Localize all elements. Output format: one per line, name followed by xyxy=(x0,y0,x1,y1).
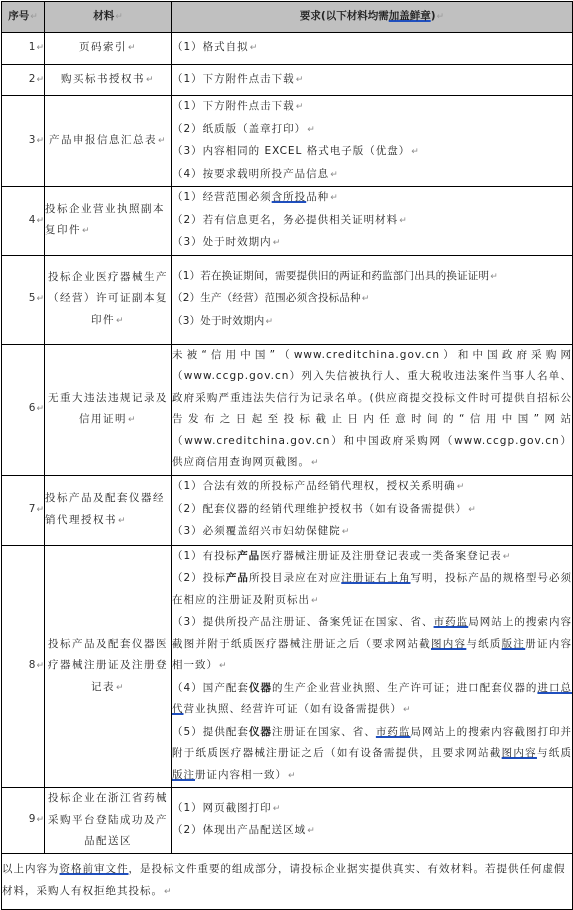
material-label: 投标企业在浙江省药械采购平台登陆成功及产品配送区 xyxy=(48,792,168,847)
paragraph-mark-icon: ↵ xyxy=(36,75,44,85)
table-row: 9↵ 投标企业在浙江省药械采购平台登陆成功及产品配送区 （1）网页截图打印↵ （… xyxy=(2,788,573,854)
paragraph-mark-icon: ↵ xyxy=(116,683,125,693)
table-row: 4↵ 投标企业营业执照副本复印件↵ （1）经营范围必须含所投品种↵ （2）若有信… xyxy=(2,187,573,256)
requirement-underlined-text: 版注 xyxy=(172,769,195,781)
requirement-bold-text: 仪器 xyxy=(249,726,272,738)
requirement-item: （3）处于时效期内↵ xyxy=(172,232,572,255)
requirement-underlined-text: 注册证右上角 xyxy=(341,572,410,584)
footer-text: 以上内容为 xyxy=(2,863,60,875)
header-material: 材料↵ xyxy=(45,2,172,33)
footer-underlined-text: 资格前审文件 xyxy=(60,863,129,875)
row-number: 2↵ xyxy=(2,65,45,96)
paragraph-mark-icon: ↵ xyxy=(36,815,44,825)
requirement-item: （2）体现出产品配送区域↵ xyxy=(172,820,572,843)
requirement-text: （1）网页截图打印 xyxy=(172,802,272,814)
requirement-underlined-text: 含所投 xyxy=(272,191,307,203)
paragraph-mark-icon: ↵ xyxy=(36,43,44,53)
requirement-text: （2）体现出产品配送区域 xyxy=(172,824,306,836)
row-number: 5↵ xyxy=(2,255,45,344)
material-cell: 投标企业营业执照副本复印件↵ xyxy=(45,187,172,256)
header-requirement-suffix: ) xyxy=(431,10,436,22)
paragraph-mark-icon: ↵ xyxy=(307,826,316,836)
paragraph-mark-icon: ↵ xyxy=(342,527,351,537)
paragraph-mark-icon: ↵ xyxy=(36,294,44,304)
requirement-item: （2）生产（经营）范围必须含投标品种↵ xyxy=(172,288,572,311)
material-cell: 投标企业医疗器械生产（经营）许可证副本复印件↵ xyxy=(45,255,172,344)
requirement-text: （3）必须覆盖绍兴市妇幼保健院 xyxy=(172,525,341,537)
paragraph-mark-icon: ↵ xyxy=(399,216,408,226)
paragraph-mark-icon: ↵ xyxy=(146,75,155,85)
requirement-item: （1）经营范围必须含所投品种↵ xyxy=(172,187,572,210)
paragraph-mark-icon: ↵ xyxy=(36,661,44,671)
header-material-label: 材料 xyxy=(93,10,114,22)
requirement-item: （1）若在换证期间，需要提供旧的两证和药监部门出具的换证证明↵ xyxy=(172,266,572,289)
table-row: 2↵ 购买标书授权书↵ （1）下方附件点击下载↵ xyxy=(2,65,573,96)
material-label: 购买标书授权书 xyxy=(61,73,145,85)
material-cell: 投标产品及配套仪器医疗器械注册证及注册登记表↵ xyxy=(45,545,172,788)
material-cell: 购买标书授权书↵ xyxy=(45,65,172,96)
paragraph-mark-icon: ↵ xyxy=(250,43,259,53)
requirement-cell: （1）网页截图打印↵ （2）体现出产品配送区域↵ xyxy=(172,788,573,854)
requirement-text: （1）经营范围必须 xyxy=(172,191,272,203)
requirement-cell: 未被“信用中国”（www.creditchina.gov.cn）和中国政府采购网… xyxy=(172,344,573,475)
paragraph-mark-icon: ↵ xyxy=(362,294,370,304)
header-row: 序号↵ 材料↵ 要求(以下材料均需加盖鲜章)↵ xyxy=(2,2,573,33)
requirement-item: （1）合法有效的所投标产品经销代理权，授权关系明确↵ xyxy=(172,476,572,499)
requirement-item: （2）投标产品所投目录应在对应注册证右上角写明，投标产品的规格型号必须在相应的注… xyxy=(172,568,572,612)
paragraph-mark-icon: ↵ xyxy=(36,404,44,414)
paragraph-mark-icon: ↵ xyxy=(158,136,167,146)
row-number: 4↵ xyxy=(2,187,45,256)
requirement-text: 医疗器械注册证及注册登记表或一类备案登记表 xyxy=(260,550,502,562)
row-number-value: 1 xyxy=(29,41,36,53)
row-number: 3↵ xyxy=(2,96,45,187)
requirement-text: （1）有投标 xyxy=(172,550,237,562)
material-label: 投标企业营业执照副本复印件 xyxy=(45,203,165,237)
table-row: 1↵ 页码索引↵ （1）格式自拟↵ xyxy=(2,33,573,65)
requirement-item: （1）格式自拟↵ xyxy=(172,37,572,60)
requirement-text: （4）按要求载明所投产品信息 xyxy=(172,168,329,180)
material-cell: 无重大违法违规记录及信用证明↵ xyxy=(45,344,172,475)
paragraph-mark-icon: ↵ xyxy=(288,771,297,781)
requirement-text: （1）格式自拟 xyxy=(172,41,249,53)
material-cell: 投标产品及配套仪器经销代理授权书↵ xyxy=(45,475,172,545)
paragraph-mark-icon: ↵ xyxy=(118,516,127,526)
requirement-item: （1）下方附件点击下载↵ xyxy=(172,96,572,119)
paragraph-mark-icon: ↵ xyxy=(468,505,477,515)
requirement-text: （5）提供配套 xyxy=(172,726,249,738)
requirement-text: 品种 xyxy=(306,191,329,203)
header-no-label: 序号 xyxy=(8,10,29,22)
requirement-text: （2）投标 xyxy=(172,572,226,584)
material-label: 产品申报信息汇总表 xyxy=(49,134,157,146)
row-number: 8↵ xyxy=(2,545,45,788)
row-number-value: 8 xyxy=(29,659,36,671)
row-number: 1↵ xyxy=(2,33,45,65)
requirement-text: （3）内容相同的 EXCEL 格式电子版（优盘） xyxy=(172,145,410,157)
paragraph-mark-icon: ↵ xyxy=(128,43,137,53)
requirement-text: 注册证在国家、省、 xyxy=(272,726,376,738)
requirement-item: （5）提供配套仪器注册证在国家、省、市药监局网站上的搜索内容截图打印并附于纸质医… xyxy=(172,722,572,788)
material-label: 投标企业医疗器械生产（经营）许可证副本复印件 xyxy=(48,271,168,326)
paragraph-mark-icon: ↵ xyxy=(219,661,228,671)
requirement-text: （2）纸质版（盖章打印） xyxy=(172,123,306,135)
row-number: 6↵ xyxy=(2,344,45,475)
requirement-text: （1）下方附件点击下载 xyxy=(172,73,295,85)
table-row: 6↵ 无重大违法违规记录及信用证明↵ 未被“信用中国”（www.creditch… xyxy=(2,344,573,475)
requirement-item: （2）若有信息更名，务必提供相关证明材料↵ xyxy=(172,210,572,233)
paragraph-mark-icon: ↵ xyxy=(30,12,38,22)
table-row: 8↵ 投标产品及配套仪器医疗器械注册证及注册登记表↵ （1）有投标产品医疗器械注… xyxy=(2,545,573,788)
requirement-text: 营业执照、经营许可证（如有设备需提供） xyxy=(184,703,403,715)
row-number-value: 4 xyxy=(29,214,36,226)
row-number-value: 7 xyxy=(29,503,36,515)
paragraph-mark-icon: ↵ xyxy=(116,316,125,326)
row-number: 7↵ xyxy=(2,475,45,545)
requirement-cell: （1）下方附件点击下载↵ xyxy=(172,65,573,96)
requirement-text: （3）处于时效期内 xyxy=(172,236,272,248)
requirement-text: （1）若在换证期间，需要提供旧的两证和药监部门出具的换证证明 xyxy=(172,270,489,282)
requirement-cell: （1）若在换证期间，需要提供旧的两证和药监部门出具的换证证明↵ （2）生产（经营… xyxy=(172,255,573,344)
paragraph-mark-icon: ↵ xyxy=(311,596,320,606)
requirement-cell: （1）格式自拟↵ xyxy=(172,33,573,65)
footer-row: 以上内容为资格前审文件，是投标文件重要的组成部分，请投标企业据实提供真实、有效材… xyxy=(2,853,573,888)
requirement-text: （2）生产（经营）范围必须含投标品种 xyxy=(172,292,361,304)
requirement-text: （3）提供所投产品注册证、备案凭证在国家、省、 xyxy=(172,616,434,628)
paragraph-mark-icon: ↵ xyxy=(330,193,339,203)
requirement-underlined-text: 市药监 xyxy=(434,616,469,628)
requirement-underlined-text: 图内容 xyxy=(431,638,466,650)
requirement-text: （2）配套仪器的经销代理维护授权书（如有设备需提供） xyxy=(172,503,467,515)
paragraph-mark-icon: ↵ xyxy=(296,75,305,85)
paragraph-mark-icon: ↵ xyxy=(503,552,512,562)
requirement-underlined-text: 图内容 xyxy=(502,747,537,759)
paragraph-mark-icon: ↵ xyxy=(411,147,420,157)
requirement-item: （3）提供所投产品注册证、备案凭证在国家、省、市药监局网站上的搜索内容截图并附于… xyxy=(172,612,572,678)
requirement-cell: （1）有投标产品医疗器械注册证及注册登记表或一类备案登记表↵ （2）投标产品所投… xyxy=(172,545,573,788)
paragraph-mark-icon: ↵ xyxy=(490,272,498,282)
requirement-bold-text: 产品 xyxy=(226,572,249,584)
requirement-underlined-text: 市药监 xyxy=(376,726,411,738)
paragraph-mark-icon: ↵ xyxy=(36,505,44,515)
requirement-item: （2）纸质版（盖章打印）↵ xyxy=(172,119,572,142)
material-cell: 投标企业在浙江省药械采购平台登陆成功及产品配送区 xyxy=(45,788,172,854)
paragraph-mark-icon: ↵ xyxy=(36,136,44,146)
requirement-text: 与纸质 xyxy=(537,747,572,759)
row-number-value: 2 xyxy=(29,73,36,85)
paragraph-mark-icon: ↵ xyxy=(307,125,316,135)
footer-note: 以上内容为资格前审文件，是投标文件重要的组成部分，请投标企业据实提供真实、有效材… xyxy=(2,853,573,888)
paragraph-mark-icon: ↵ xyxy=(273,238,282,248)
header-requirement-prefix: 要求(以下材料均需 xyxy=(300,10,389,22)
header-requirement-underlined: 加盖鲜章 xyxy=(389,10,431,22)
paragraph-mark-icon: ↵ xyxy=(403,705,412,715)
requirement-text: 所投目录应在对应 xyxy=(249,572,341,584)
row-number-value: 6 xyxy=(29,402,36,414)
requirement-bold-text: 仪器 xyxy=(249,682,272,694)
paragraph-mark-icon: ↵ xyxy=(36,216,44,226)
requirement-text: （1）合法有效的所投标产品经销代理权，授权关系明确 xyxy=(172,480,456,492)
requirement-item: （3）处于时效期内↵ xyxy=(172,311,572,334)
requirement-cell: （1）合法有效的所投标产品经销代理权，授权关系明确↵ （2）配套仪器的经销代理维… xyxy=(172,475,573,545)
row-number: 9↵ xyxy=(2,788,45,854)
requirement-item: （1）下方附件点击下载↵ xyxy=(172,69,572,92)
requirement-item: （4）按要求载明所投产品信息↵ xyxy=(172,164,572,187)
requirement-item: （1）网页截图打印↵ xyxy=(172,798,572,821)
paragraph-mark-icon: ↵ xyxy=(311,458,320,468)
paragraph-mark-icon: ↵ xyxy=(437,12,445,22)
paragraph-mark-icon: ↵ xyxy=(457,482,466,492)
requirement-text: 册证内容相一致） xyxy=(195,769,287,781)
paragraph-mark-icon: ↵ xyxy=(128,415,137,425)
requirement-text: （4）国产配套 xyxy=(172,682,249,694)
requirement-item: （3）内容相同的 EXCEL 格式电子版（优盘）↵ xyxy=(172,141,572,164)
material-label: 页码索引 xyxy=(79,41,127,53)
row-number-value: 5 xyxy=(29,292,36,304)
requirement-cell: （1）经营范围必须含所投品种↵ （2）若有信息更名，务必提供相关证明材料↵ （3… xyxy=(172,187,573,256)
paragraph-mark-icon: ↵ xyxy=(330,170,339,180)
material-cell: 产品申报信息汇总表↵ xyxy=(45,96,172,187)
material-label: 无重大违法违规记录及信用证明 xyxy=(48,392,168,426)
requirement-text: （2）若有信息更名，务必提供相关证明材料 xyxy=(172,214,398,226)
requirement-bold-text: 产品 xyxy=(237,550,260,562)
material-label: 投标产品及配套仪器经销代理授权书 xyxy=(45,492,165,526)
requirement-text: 与纸质 xyxy=(466,638,501,650)
requirement-text: （3）处于时效期内 xyxy=(172,315,264,327)
requirement-text: （1）下方附件点击下载 xyxy=(172,100,295,112)
requirement-text: 的生产企业营业执照、生产许可证；进口配套仪器的 xyxy=(272,682,537,694)
paragraph-mark-icon: ↵ xyxy=(296,102,305,112)
row-number-value: 3 xyxy=(29,134,36,146)
paragraph-mark-icon: ↵ xyxy=(115,12,123,22)
paragraph-mark-icon: ↵ xyxy=(82,226,91,236)
requirement-item: （3）必须覆盖绍兴市妇幼保健院↵ xyxy=(172,521,572,544)
paragraph-mark-icon: ↵ xyxy=(273,804,282,814)
requirement-item: （4）国产配套仪器的生产企业营业执照、生产许可证；进口配套仪器的进口总代营业执照… xyxy=(172,678,572,722)
material-cell: 页码索引↵ xyxy=(45,33,172,65)
requirement-underlined-text: 版注 xyxy=(502,638,526,650)
table-row: 7↵ 投标产品及配套仪器经销代理授权书↵ （1）合法有效的所投标产品经销代理权，… xyxy=(2,475,573,545)
requirement-cell: （1）下方附件点击下载↵ （2）纸质版（盖章打印）↵ （3）内容相同的 EXCE… xyxy=(172,96,573,187)
table-row: 5↵ 投标企业医疗器械生产（经营）许可证副本复印件↵ （1）若在换证期间，需要提… xyxy=(2,255,573,344)
header-no: 序号↵ xyxy=(2,2,45,33)
row-number-value: 9 xyxy=(29,813,36,825)
paragraph-mark-icon: ↵ xyxy=(265,317,273,327)
material-label: 投标产品及配套仪器医疗器械注册证及注册登记表 xyxy=(48,638,168,693)
requirements-table: 序号↵ 材料↵ 要求(以下材料均需加盖鲜章)↵ 1↵ 页码索引↵ （1）格式自拟… xyxy=(1,1,573,888)
requirement-text: 未被“信用中国”（www.creditchina.gov.cn）和中国政府采购网… xyxy=(172,349,572,469)
header-requirement: 要求(以下材料均需加盖鲜章)↵ xyxy=(172,2,573,33)
requirement-item: （2）配套仪器的经销代理维护授权书（如有设备需提供）↵ xyxy=(172,499,572,522)
table-row: 3↵ 产品申报信息汇总表↵ （1）下方附件点击下载↵ （2）纸质版（盖章打印）↵… xyxy=(2,96,573,187)
requirement-item: （1）有投标产品医疗器械注册证及注册登记表或一类备案登记表↵ xyxy=(172,546,572,569)
